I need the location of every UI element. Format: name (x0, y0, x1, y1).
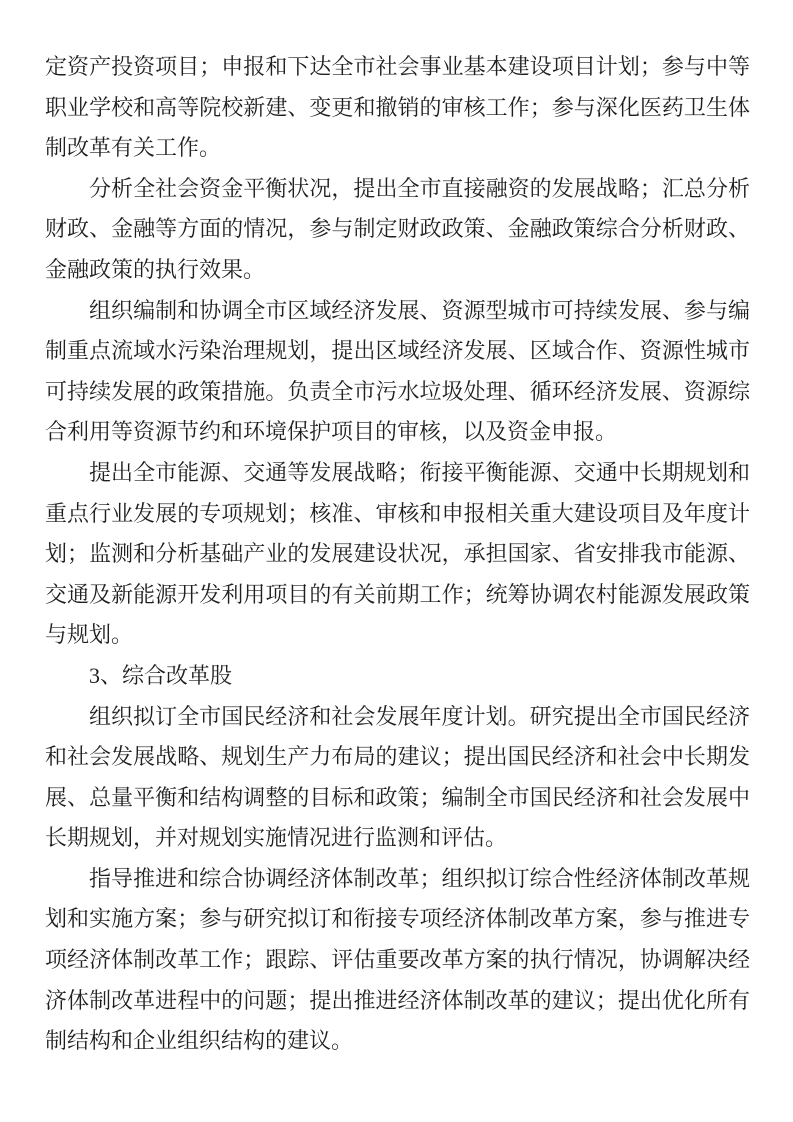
section-heading: 3、综合改革股 (45, 656, 750, 697)
paragraph-continuation: 定资产投资项目；申报和下达全市社会事业基本建设项目计划；参与中等职业学校和高等院… (45, 47, 750, 169)
body-paragraph: 分析全社会资金平衡状况，提出全市直接融资的发展战略；汇总分析财政、金融等方面的情… (45, 169, 750, 291)
body-paragraph: 组织编制和协调全市区域经济发展、资源型城市可持续发展、参与编制重点流域水污染治理… (45, 291, 750, 453)
document-page: 定资产投资项目；申报和下达全市社会事业基本建设项目计划；参与中等职业学校和高等院… (0, 0, 793, 1122)
body-paragraph: 指导推进和综合协调经济体制改革；组织拟订综合性经济体制改革规划和实施方案；参与研… (45, 859, 750, 1062)
body-paragraph: 组织拟订全市国民经济和社会发展年度计划。研究提出全市国民经济和社会发展战略、规划… (45, 697, 750, 859)
body-paragraph: 提出全市能源、交通等发展战略；衔接平衡能源、交通中长期规划和重点行业发展的专项规… (45, 453, 750, 656)
